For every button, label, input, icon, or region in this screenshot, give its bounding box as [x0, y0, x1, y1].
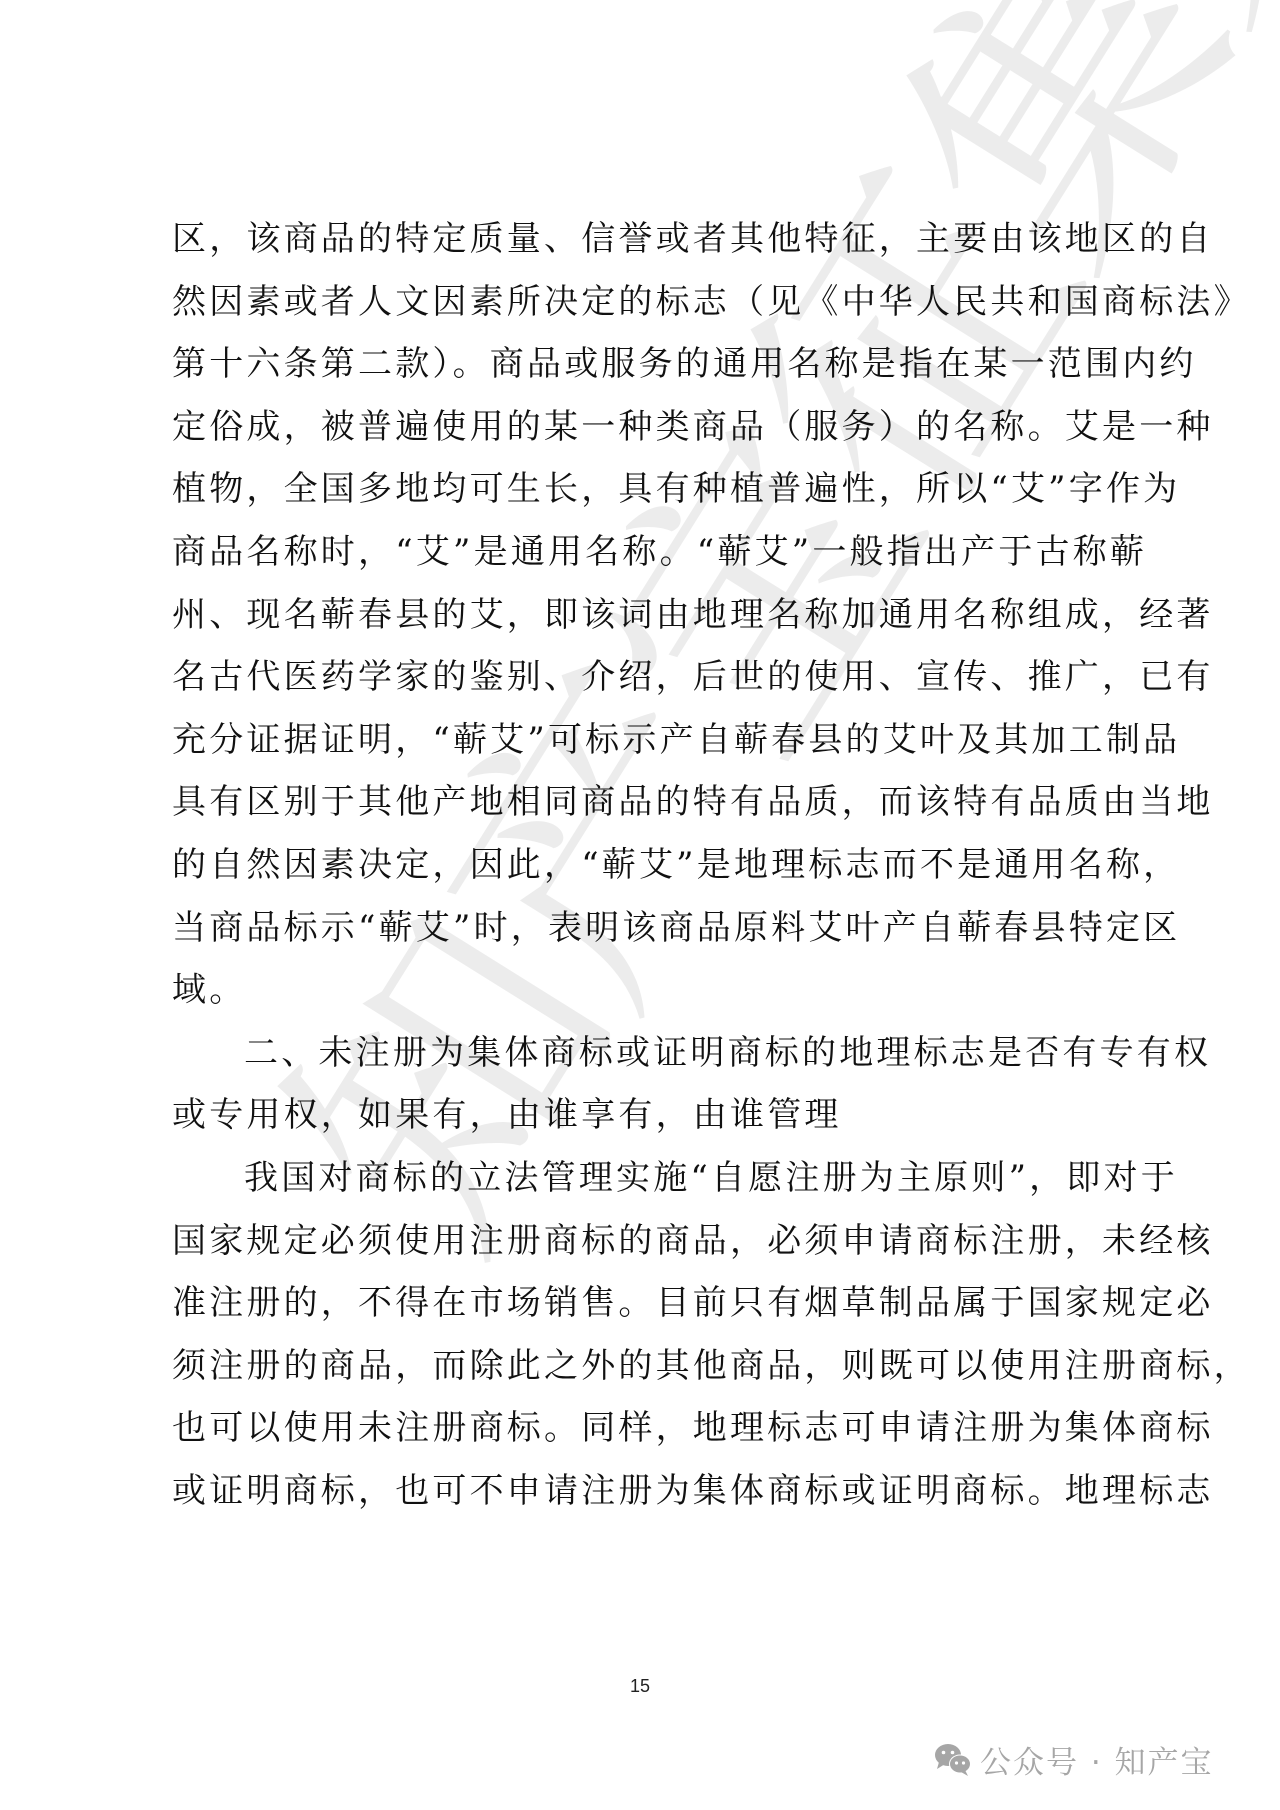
- page-number: 15: [0, 1676, 1280, 1697]
- text-line: 域。: [172, 959, 1132, 1022]
- footer-brand: 公众号 · 知产宝: [934, 1737, 1214, 1782]
- text-line: 第十六条第二款）。商品或服务的通用名称是指在某一范围内约: [172, 333, 1132, 396]
- section-heading: 二、未注册为集体商标或证明商标的地理标志是否有专有权: [172, 1022, 1132, 1085]
- text-line: 充分证据证明，“蕲艾”可标示产自蕲春县的艾叶及其加工制品: [172, 709, 1132, 772]
- text-line: 区，该商品的特定质量、信誉或者其他特征，主要由该地区的自: [172, 208, 1132, 271]
- text-line: 名古代医药学家的鉴别、介绍，后世的使用、宣传、推广，已有: [172, 646, 1132, 709]
- text-line: 具有区别于其他产地相同商品的特有品质，而该特有品质由当地: [172, 771, 1132, 834]
- document-page: 知产宝征集案例 区，该商品的特定质量、信誉或者其他特征，主要由该地区的自 然因素…: [0, 0, 1280, 1810]
- text-line: 定俗成，被普遍使用的某一种类商品（服务）的名称。艾是一种: [172, 396, 1132, 459]
- text-line: 植物，全国多地均可生长，具有种植普遍性，所以“艾”字作为: [172, 458, 1132, 521]
- text-line: 准注册的，不得在市场销售。目前只有烟草制品属于国家规定必: [172, 1272, 1132, 1335]
- text-line: 的自然因素决定，因此，“蕲艾”是地理标志而不是通用名称，: [172, 834, 1132, 897]
- text-line: 也可以使用未注册商标。同样，地理标志可申请注册为集体商标: [172, 1397, 1132, 1460]
- section-heading-continued: 或专用权，如果有，由谁享有，由谁管理: [172, 1084, 1132, 1147]
- text-line: 然因素或者人文因素所决定的标志（见《中华人民共和国商标法》: [172, 271, 1132, 334]
- text-line: 须注册的商品，而除此之外的其他商品，则既可以使用注册商标，: [172, 1335, 1132, 1398]
- body-text: 区，该商品的特定质量、信誉或者其他特征，主要由该地区的自 然因素或者人文因素所决…: [172, 208, 1132, 1522]
- paragraph-start: 我国对商标的立法管理实施“自愿注册为主原则”，即对于: [172, 1147, 1132, 1210]
- footer-label: 公众号 · 知产宝: [980, 1737, 1214, 1782]
- text-line: 当商品标示“蕲艾”时，表明该商品原料艾叶产自蕲春县特定区: [172, 897, 1132, 960]
- text-line: 州、现名蕲春县的艾，即该词由地理名称加通用名称组成，经著: [172, 584, 1132, 647]
- wechat-icon: [934, 1742, 972, 1778]
- text-line: 商品名称时，“艾”是通用名称。“蕲艾”一般指出产于古称蕲: [172, 521, 1132, 584]
- text-line: 或证明商标，也可不申请注册为集体商标或证明商标。地理标志: [172, 1460, 1132, 1523]
- text-line: 国家规定必须使用注册商标的商品，必须申请商标注册，未经核: [172, 1210, 1132, 1273]
